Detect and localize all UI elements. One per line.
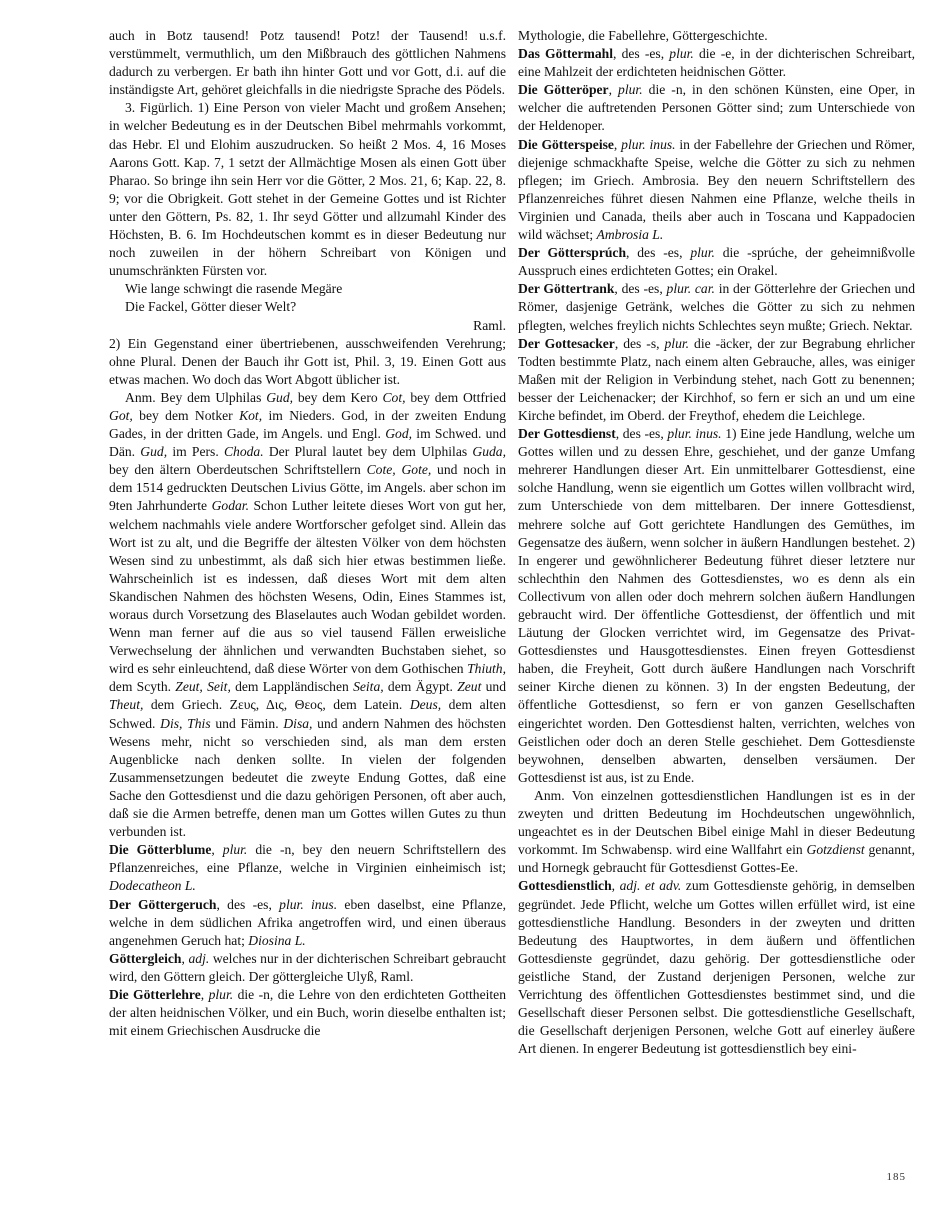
dictionary-entry: Der Göttersprúch, des -es, plur. die -sp… <box>518 244 915 280</box>
dictionary-entry: Der Göttertrank, des -es, plur. car. in … <box>518 280 915 334</box>
grammar-label: plur. <box>690 245 715 260</box>
page-number: 185 <box>887 1171 907 1183</box>
entry-headword: Der Göttertrank <box>518 281 614 296</box>
entry-headword: Der Gottesacker <box>518 336 615 351</box>
latin-name: Dodecatheon L. <box>109 878 196 893</box>
dictionary-page: auch in Botz tausend! Potz tausend! Potz… <box>0 0 935 1210</box>
entry-headword: Der Gottesdienst <box>518 426 616 441</box>
grammar-label: plur. inus. <box>279 897 337 912</box>
grammar-label: plur. <box>209 987 234 1002</box>
continuation-paragraph: auch in Botz tausend! Potz tausend! Potz… <box>109 27 506 99</box>
verse-line: Wie lange schwingt die rasende Megäre <box>109 280 506 298</box>
dictionary-entry: Die Götterlehre, plur. die -n, die Lehre… <box>109 986 506 1040</box>
grammar-label: plur. <box>665 336 690 351</box>
dictionary-entry: Die Götteröper, plur. die -n, in den sch… <box>518 81 915 135</box>
sense-paragraph: 3. Figürlich. 1) Eine Person von vieler … <box>109 99 506 280</box>
dictionary-entry: Der Gottesdienst, des -es, plur. inus. 1… <box>518 425 915 787</box>
left-column: auch in Botz tausend! Potz tausend! Potz… <box>109 27 506 1040</box>
sense-paragraph: 2) Ein Gegenstand einer übertriebenen, a… <box>109 335 506 389</box>
dictionary-entry: Göttergleich, adj. welches nur in der di… <box>109 950 506 986</box>
entry-headword: Der Göttersprúch <box>518 245 626 260</box>
grammar-label: plur. car. <box>667 281 715 296</box>
dictionary-entry: Der Gottesacker, des -s, plur. die -äcke… <box>518 335 915 425</box>
entry-headword: Gottesdienstlich <box>518 878 612 893</box>
grammar-label: plur. <box>618 82 643 97</box>
verse-attribution: Raml. <box>109 317 506 335</box>
continuation-paragraph: Mythologie, die Fabellehre, Göttergeschi… <box>518 27 915 45</box>
entry-headword: Göttergleich <box>109 951 181 966</box>
entry-headword: Die Götterlehre <box>109 987 201 1002</box>
verse-line: Die Fackel, Götter dieser Welt? <box>109 298 506 316</box>
right-column: Mythologie, die Fabellehre, Göttergeschi… <box>518 27 915 1058</box>
entry-headword: Die Götteröper <box>518 82 609 97</box>
grammar-label: adj. <box>188 951 209 966</box>
dictionary-entry: Die Götterspeise, plur. inus. in der Fab… <box>518 136 915 245</box>
grammar-label: plur. <box>669 46 694 61</box>
annotation-paragraph: Anm. Bey dem Ulphilas Gud, bey dem Kero … <box>109 389 506 841</box>
entry-headword: Die Götterblume <box>109 842 211 857</box>
dictionary-entry: Der Göttergeruch, des -es, plur. inus. e… <box>109 896 506 950</box>
grammar-label: plur. inus. <box>621 137 675 152</box>
entry-headword: Die Götterspeise <box>518 137 614 152</box>
entry-headword: Das Göttermahl <box>518 46 613 61</box>
entry-headword: Der Göttergeruch <box>109 897 216 912</box>
dictionary-entry: Das Göttermahl, des -es, plur. die -e, i… <box>518 45 915 81</box>
grammar-label: plur. <box>223 842 248 857</box>
dictionary-entry: Die Götterblume, plur. die -n, bey den n… <box>109 841 506 895</box>
dictionary-entry: Gottesdienstlich, adj. et adv. zum Gotte… <box>518 877 915 1058</box>
latin-name: Diosina L. <box>248 933 305 948</box>
annotation-paragraph: Anm. Von einzelnen gottesdienstlichen Ha… <box>518 787 915 877</box>
grammar-label: plur. inus. <box>667 426 721 441</box>
grammar-label: adj. et adv. <box>620 878 682 893</box>
latin-name: Ambrosia L. <box>597 227 664 242</box>
